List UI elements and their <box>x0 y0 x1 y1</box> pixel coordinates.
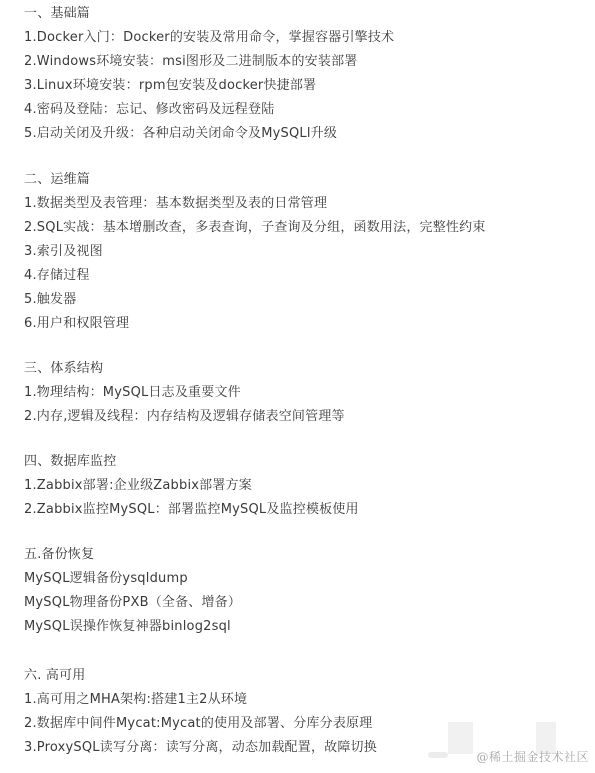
list-item: 5.启动关闭及升级：各种启动关闭命令及MySQLl升级 <box>24 122 394 146</box>
list-item: MySQL物理备份PXB（全备、增备） <box>24 591 241 615</box>
section-high-availability: 六. 高可用 1.高可用之MHA架构:搭建1主2从环境 2.数据库中间件Myca… <box>24 664 377 760</box>
section-operations: 二、运维篇 1.数据类型及表管理：基本数据类型及表的日常管理 2.SQL实战：基… <box>24 168 486 336</box>
list-item: 1.物理结构：MySQL日志及重要文件 <box>24 381 345 405</box>
section-heading: 四、数据库监控 <box>24 450 359 474</box>
section-heading: 三、体系结构 <box>24 357 345 381</box>
section-architecture: 三、体系结构 1.物理结构：MySQL日志及重要文件 2.内存,逻辑及线程：内存… <box>24 357 345 429</box>
list-item: 5.触发器 <box>24 288 486 312</box>
list-item: MySQL误操作恢复神器binlog2sql <box>24 615 241 639</box>
list-item: 3.索引及视图 <box>24 240 486 264</box>
list-item: 2.SQL实战：基本增删改查，多表查询，子查询及分组，函数用法，完整性约束 <box>24 216 486 240</box>
section-heading: 六. 高可用 <box>24 664 377 688</box>
watermark-text: @稀土掘金技术社区 <box>476 748 589 765</box>
list-item: MySQL逻辑备份ysqldump <box>24 567 241 591</box>
section-heading: 二、运维篇 <box>24 168 486 192</box>
list-item: 2.数据库中间件Mycat:Mycat的使用及部署、分库分表原理 <box>24 712 377 736</box>
list-item: 3.ProxySQL读写分离：读写分离，动态加载配置，故障切换 <box>24 736 377 760</box>
list-item: 1.Docker入门：Docker的安装及常用命令，掌握容器引擎技术 <box>24 26 394 50</box>
section-heading: 一、基础篇 <box>24 2 394 26</box>
list-item: 4.存储过程 <box>24 264 486 288</box>
list-item: 6.用户和权限管理 <box>24 312 486 336</box>
list-item: 4.密码及登陆：忘记、修改密码及远程登陆 <box>24 98 394 122</box>
list-item: 2.Windows环境安装：msi图形及二进制版本的安装部署 <box>24 50 394 74</box>
list-item: 1.数据类型及表管理：基本数据类型及表的日常管理 <box>24 192 486 216</box>
section-basics: 一、基础篇 1.Docker入门：Docker的安装及常用命令，掌握容器引擎技术… <box>24 2 394 146</box>
list-item: 2.内存,逻辑及线程：内存结构及逻辑存储表空间管理等 <box>24 405 345 429</box>
section-monitoring: 四、数据库监控 1.Zabbix部署:企业级Zabbix部署方案 2.Zabbi… <box>24 450 359 522</box>
list-item: 2.Zabbix监控MySQL：部署监控MySQL及监控模板使用 <box>24 498 359 522</box>
section-backup-recovery: 五.备份恢复 MySQL逻辑备份ysqldump MySQL物理备份PXB（全备… <box>24 543 241 639</box>
list-item: 1.Zabbix部署:企业级Zabbix部署方案 <box>24 474 359 498</box>
list-item: 1.高可用之MHA架构:搭建1主2从环境 <box>24 688 377 712</box>
section-heading: 五.备份恢复 <box>24 543 241 567</box>
list-item: 3.Linux环境安装：rpm包安装及docker快捷部署 <box>24 74 394 98</box>
